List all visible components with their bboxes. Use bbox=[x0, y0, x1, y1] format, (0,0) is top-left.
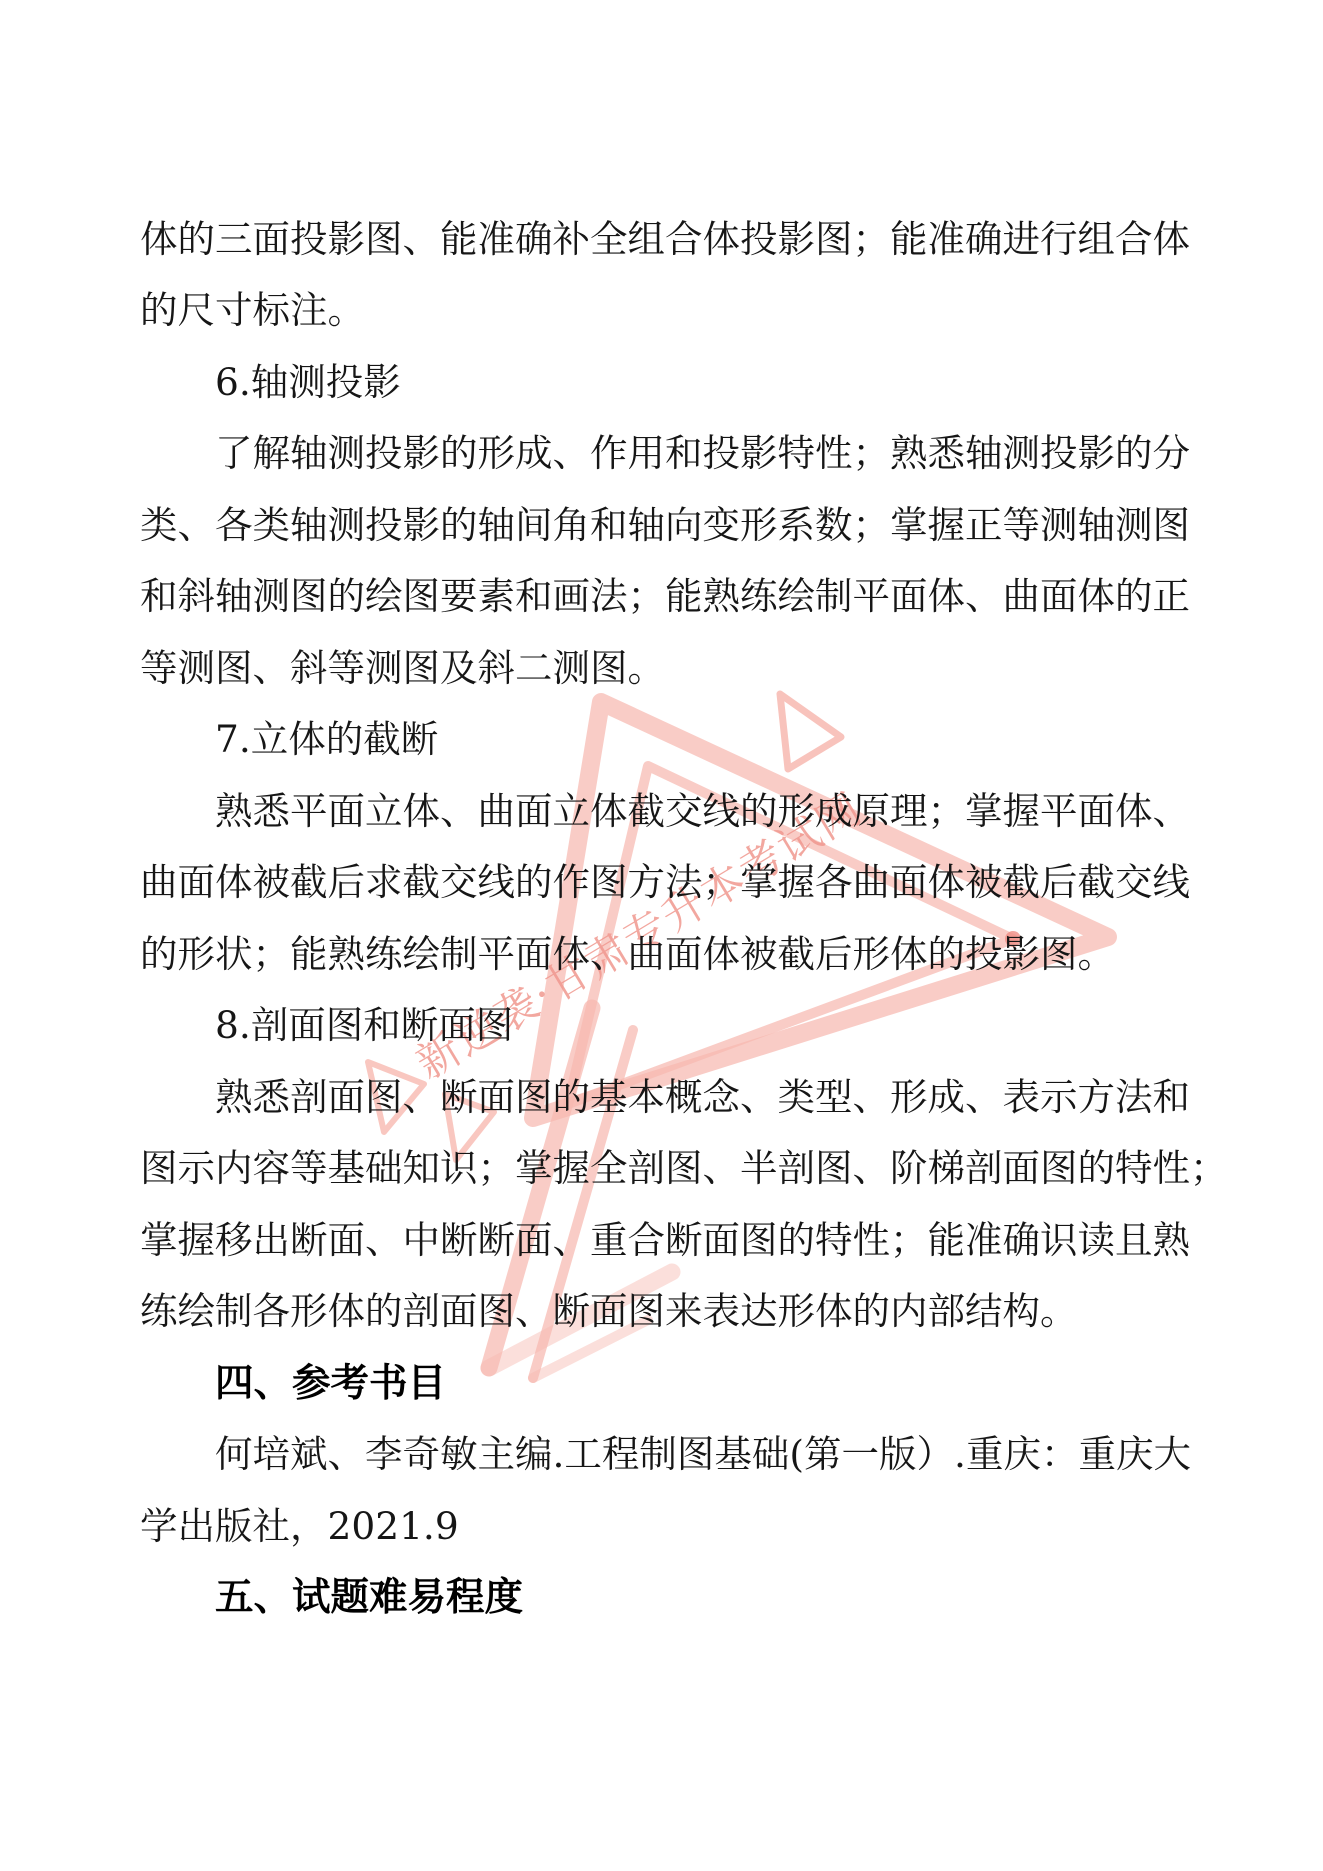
text-line: 体的三面投影图、能准确补全组合体投影图；能准确进行组合体 bbox=[140, 215, 1190, 264]
text-line: 了解轴测投影的形成、作用和投影特性；熟悉轴测投影的分 bbox=[215, 429, 1190, 478]
document-page: 新逆袭·甘肃专升本考试网 体的三面投影图、能准确补全组合体投影图；能准确进行组合… bbox=[0, 0, 1323, 1871]
text-line: 曲面体被截后求截交线的作图方法；掌握各曲面体被截后截交线 bbox=[140, 858, 1190, 907]
text-line: 的形状；能熟练绘制平面体、曲面体被截后形体的投影图。 bbox=[140, 930, 1115, 979]
text-line: 何培斌、李奇敏主编.工程制图基础(第一版）.重庆：重庆大 bbox=[215, 1430, 1191, 1479]
text-line: 熟悉平面立体、曲面立体截交线的形成原理；掌握平面体、 bbox=[215, 787, 1190, 836]
text-line: 等测图、斜等测图及斜二测图。 bbox=[140, 644, 665, 693]
text-line: 熟悉剖面图、断面图的基本概念、类型、形成、表示方法和 bbox=[215, 1073, 1190, 1122]
text-line: 和斜轴测图的绘图要素和画法；能熟练绘制平面体、曲面体的正 bbox=[140, 572, 1190, 621]
text-line: 类、各类轴测投影的轴间角和轴向变形系数；掌握正等测轴测图 bbox=[140, 501, 1190, 550]
text-line: 图示内容等基础知识；掌握全剖图、半剖图、阶梯剖面图的特性； bbox=[140, 1144, 1228, 1193]
chapter-heading-reference-books: 四、参考书目 bbox=[215, 1359, 446, 1408]
text-line: 掌握移出断面、中断断面、重合断面图的特性；能准确识读且熟 bbox=[140, 1216, 1190, 1265]
document-body: 体的三面投影图、能准确补全组合体投影图；能准确进行组合体 的尺寸标注。 6.轴测… bbox=[0, 0, 1323, 1871]
section-heading-6: 6.轴测投影 bbox=[215, 358, 401, 407]
text-line: 的尺寸标注。 bbox=[140, 286, 365, 335]
section-heading-8: 8.剖面图和断面图 bbox=[215, 1001, 513, 1050]
section-heading-7: 7.立体的截断 bbox=[215, 715, 438, 764]
chapter-heading-difficulty: 五、试题难易程度 bbox=[215, 1573, 523, 1622]
text-line: 学出版社，2021.9 bbox=[140, 1502, 459, 1551]
text-line: 练绘制各形体的剖面图、断面图来表达形体的内部结构。 bbox=[140, 1287, 1078, 1336]
